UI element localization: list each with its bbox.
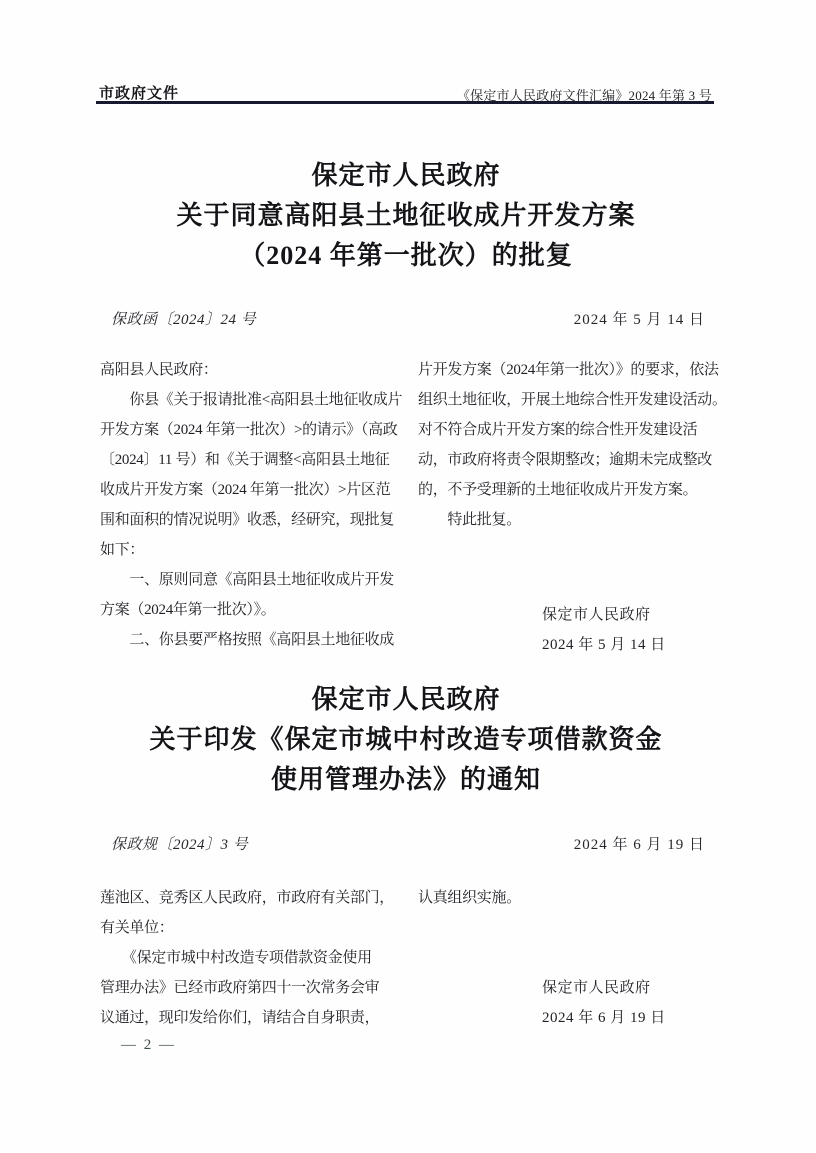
body-line: 《保定市城中村改造专项借款资金使用 bbox=[100, 943, 406, 973]
doc1-title-line-2: 关于同意高阳县土地征收成片开发方案 bbox=[97, 196, 715, 236]
doc1-title-line-1: 保定市人民政府 bbox=[97, 156, 715, 196]
doc2-title-line-3: 使用管理办法》的通知 bbox=[97, 760, 715, 800]
body-line: 议通过，现印发给你们，请结合自身职责， bbox=[100, 1003, 406, 1033]
doc2-title: 保定市人民政府 关于印发《保定市城中村改造专项借款资金 使用管理办法》的通知 bbox=[97, 680, 715, 800]
body-line: 特此批复。 bbox=[418, 505, 724, 535]
body-line: 认真组织实施。 bbox=[418, 883, 724, 913]
doc2-title-line-2: 关于印发《保定市城中村改造专项借款资金 bbox=[97, 720, 715, 760]
doc1-body-left-column: 高阳县人民政府： 你县《关于报请批准<高阳县土地征收成片 开发方案（2024 年… bbox=[100, 355, 406, 655]
body-line: 高阳县人民政府： bbox=[100, 355, 406, 385]
doc2-signature-block: 保定市人民政府 2024 年 6 月 19 日 bbox=[418, 973, 724, 1033]
body-line: 对不符合成片开发方案的综合性开发建设活 bbox=[418, 415, 724, 445]
body-line: 方案（2024年第一批次）》。 bbox=[100, 595, 406, 625]
body-line: 一、原则同意《高阳县土地征收成片开发 bbox=[100, 565, 406, 595]
body-line: 〔2024〕11 号）和《关于调整<高阳县土地征 bbox=[100, 445, 406, 475]
doc1-date: 2024 年 5 月 14 日 bbox=[574, 308, 714, 329]
doc1-body-right-column: 片开发方案（2024年第一批次）》的要求，依法 组织土地征收，开展土地综合性开发… bbox=[418, 355, 724, 660]
body-line: 开发方案（2024 年第一批次）>的请示》（高政 bbox=[100, 415, 406, 445]
body-line: 的，不予受理新的土地征收成片开发方案。 bbox=[418, 475, 724, 505]
body-line: 围和面积的情况说明》收悉，经研究，现批复 bbox=[100, 505, 406, 535]
body-line: 如下： bbox=[100, 535, 406, 565]
doc1-title-line-3: （2024 年第一批次）的批复 bbox=[97, 236, 715, 276]
body-line: 片开发方案（2024年第一批次）》的要求，依法 bbox=[418, 355, 724, 385]
body-line: 莲池区、竞秀区人民政府，市政府有关部门， bbox=[100, 883, 406, 913]
header-divider bbox=[96, 101, 714, 104]
body-line: 动，市政府将责令限期整改；逾期未完成整改 bbox=[418, 445, 724, 475]
body-line: 组织土地征收，开展土地综合性开发建设活动。 bbox=[418, 385, 724, 415]
doc2-date: 2024 年 6 月 19 日 bbox=[574, 833, 714, 854]
body-line: 收成片开发方案（2024 年第一批次）>片区范 bbox=[100, 475, 406, 505]
doc2-body-right-column: 认真组织实施。 保定市人民政府 2024 年 6 月 19 日 bbox=[418, 883, 724, 1033]
doc1-signature-date: 2024 年 5 月 14 日 bbox=[418, 630, 724, 660]
document-page: 市政府文件 《保定市人民政府文件汇编》2024 年第 3 号 保定市人民政府 关… bbox=[0, 0, 816, 1153]
doc2-signature-date: 2024 年 6 月 19 日 bbox=[418, 1003, 724, 1033]
doc1-number-row: 保政函〔2024〕24 号 2024 年 5 月 14 日 bbox=[97, 308, 714, 329]
doc1-signature-block: 保定市人民政府 2024 年 5 月 14 日 bbox=[418, 600, 724, 660]
doc2-body-left-column: 莲池区、竞秀区人民政府，市政府有关部门， 有关单位： 《保定市城中村改造专项借款… bbox=[100, 883, 406, 1033]
body-line: 有关单位： bbox=[100, 913, 406, 943]
doc2-signature-name: 保定市人民政府 bbox=[418, 973, 724, 1003]
body-line: 二、你县要严格按照《高阳县土地征收成 bbox=[100, 625, 406, 655]
doc1-signature-name: 保定市人民政府 bbox=[418, 600, 724, 630]
doc2-number-row: 保政规〔2024〕3 号 2024 年 6 月 19 日 bbox=[97, 833, 714, 854]
doc2-title-line-1: 保定市人民政府 bbox=[97, 680, 715, 720]
header-category-label: 市政府文件 bbox=[99, 82, 179, 103]
doc2-number: 保政规〔2024〕3 号 bbox=[97, 833, 248, 854]
page-number: — 2 — bbox=[121, 1037, 176, 1054]
body-line: 你县《关于报请批准<高阳县土地征收成片 bbox=[100, 385, 406, 415]
body-line: 管理办法》已经市政府第四十一次常务会审 bbox=[100, 973, 406, 1003]
doc1-title: 保定市人民政府 关于同意高阳县土地征收成片开发方案 （2024 年第一批次）的批… bbox=[97, 156, 715, 276]
doc1-number: 保政函〔2024〕24 号 bbox=[97, 308, 256, 329]
